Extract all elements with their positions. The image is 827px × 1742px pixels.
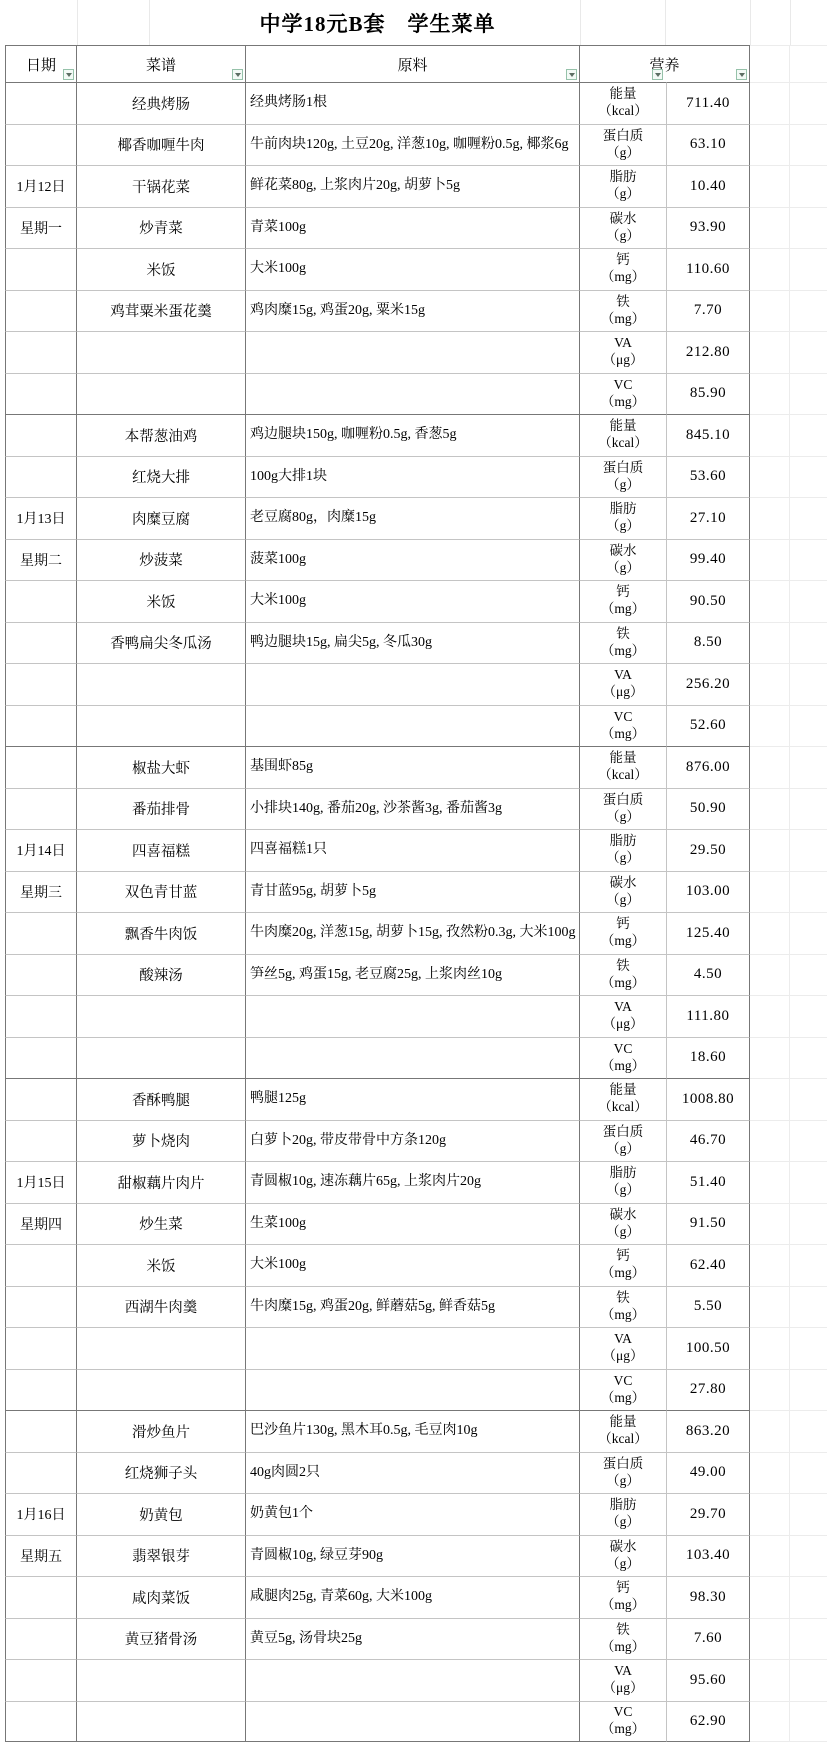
date-cell[interactable]	[5, 912, 77, 954]
date-cell[interactable]: 星期一	[5, 207, 77, 249]
dish-name-cell[interactable]	[77, 373, 246, 415]
empty-cell[interactable]	[790, 1120, 827, 1162]
nutrient-label-cell[interactable]: 铁（mg）	[580, 954, 667, 996]
empty-cell[interactable]	[750, 456, 790, 498]
empty-cell[interactable]	[750, 829, 790, 871]
nutrient-value-cell[interactable]: 5.50	[667, 1286, 750, 1328]
date-cell[interactable]	[5, 82, 77, 124]
gridline	[790, 0, 791, 45]
empty-cell[interactable]	[750, 1286, 790, 1328]
date-cell[interactable]	[5, 414, 77, 456]
dish-name-cell[interactable]: 甜椒藕片肉片	[77, 1161, 246, 1203]
empty-cell[interactable]	[750, 165, 790, 207]
dish-name-cell[interactable]: 肉糜豆腐	[77, 497, 246, 539]
nutrient-label-cell[interactable]: VC（mg）	[580, 705, 667, 747]
empty-cell[interactable]	[750, 871, 790, 913]
ingredients-cell[interactable]: 小排块140g, 番茄20g, 沙茶酱3g, 番茄酱3g	[246, 788, 580, 830]
nutrient-label-cell[interactable]: 钙（mg）	[580, 1244, 667, 1286]
ingredients-cell[interactable]: 咸腿肉25g, 青菜60g, 大米100g	[246, 1576, 580, 1618]
nutrient-value-cell[interactable]: 711.40	[667, 82, 750, 124]
ingredients-cell[interactable]: 老豆腐80g，肉糜15g	[246, 497, 580, 539]
empty-cell[interactable]	[790, 1535, 827, 1577]
dish-name-cell[interactable]: 米饭	[77, 1244, 246, 1286]
nutrient-label-cell[interactable]: 脂肪（g）	[580, 165, 667, 207]
nutrient-label-cell[interactable]: VA（μg）	[580, 995, 667, 1037]
empty-cell[interactable]	[790, 622, 827, 664]
empty-cell[interactable]	[750, 1161, 790, 1203]
nutrient-value-cell[interactable]: 52.60	[667, 705, 750, 747]
dish-name-cell[interactable]	[77, 1659, 246, 1701]
ingredients-cell[interactable]: 鸡肉糜15g, 鸡蛋20g, 粟米15g	[246, 290, 580, 332]
date-cell[interactable]	[5, 1120, 77, 1162]
nutrient-name: 钙	[616, 916, 630, 933]
nutrient-value-cell[interactable]: 29.70	[667, 1493, 750, 1535]
nutrient-label-cell[interactable]: VA（μg）	[580, 331, 667, 373]
nutrient-label-cell[interactable]: 能量（kcal）	[580, 82, 667, 124]
nutrient-label-cell[interactable]: 碳水（g）	[580, 871, 667, 913]
filter-dropdown-icon[interactable]	[63, 69, 74, 80]
empty-cell[interactable]	[750, 622, 790, 664]
nutrient-value-cell[interactable]: 63.10	[667, 124, 750, 166]
empty-cell[interactable]	[790, 1327, 827, 1369]
dish-name-cell[interactable]	[77, 331, 246, 373]
nutrient-value-cell[interactable]: 863.20	[667, 1410, 750, 1452]
nutrient-value-cell[interactable]: 212.80	[667, 331, 750, 373]
date-cell[interactable]	[5, 248, 77, 290]
empty-cell[interactable]	[750, 1493, 790, 1535]
nutrient-label-cell[interactable]: 碳水（g）	[580, 1203, 667, 1245]
nutrient-value-cell[interactable]: 100.50	[667, 1327, 750, 1369]
ingredients-cell[interactable]: 白萝卜20g, 带皮带骨中方条120g	[246, 1120, 580, 1162]
nutrient-value-cell[interactable]: 256.20	[667, 663, 750, 705]
date-cell[interactable]: 1月16日	[5, 1493, 77, 1535]
nutrient-label-cell[interactable]: 碳水（g）	[580, 1535, 667, 1577]
empty-cell[interactable]	[790, 829, 827, 871]
date-cell[interactable]: 1月14日	[5, 829, 77, 871]
nutrient-label-cell[interactable]: 铁（mg）	[580, 1618, 667, 1660]
dish-name-cell[interactable]	[77, 1327, 246, 1369]
empty-cell[interactable]	[750, 1576, 790, 1618]
empty-cell[interactable]	[790, 1203, 827, 1245]
nutrient-label-cell[interactable]: VC（mg）	[580, 1369, 667, 1411]
dish-name-cell[interactable]	[77, 705, 246, 747]
nutrient-value-cell[interactable]: 93.90	[667, 207, 750, 249]
empty-cell[interactable]	[750, 788, 790, 830]
date-cell[interactable]	[5, 1244, 77, 1286]
nutrient-unit: （g）	[606, 809, 640, 826]
ingredients-cell[interactable]: 菠菜100g	[246, 539, 580, 581]
nutrient-label-cell[interactable]: 钙（mg）	[580, 912, 667, 954]
ingredients-cell[interactable]: 牛前肉块120g, 土豆20g, 洋葱10g, 咖喱粉0.5g, 椰浆6g	[246, 124, 580, 166]
nutrient-value-cell[interactable]: 29.50	[667, 829, 750, 871]
date-cell[interactable]	[5, 580, 77, 622]
nutrient-value-cell[interactable]: 51.40	[667, 1161, 750, 1203]
nutrient-value-cell[interactable]: 111.80	[667, 995, 750, 1037]
nutrient-value-cell[interactable]: 85.90	[667, 373, 750, 415]
dish-name-cell[interactable]: 香酥鸭腿	[77, 1078, 246, 1120]
dish-name-cell[interactable]: 干锅花菜	[77, 165, 246, 207]
dish-name-cell[interactable]: 椰香咖喱牛肉	[77, 124, 246, 166]
empty-cell[interactable]	[790, 1078, 827, 1120]
nutrient-name: VA	[614, 1331, 632, 1348]
ingredients-cell[interactable]: 奶黄包1个	[246, 1493, 580, 1535]
empty-cell[interactable]	[750, 1659, 790, 1701]
empty-cell[interactable]	[790, 705, 827, 747]
empty-cell[interactable]	[790, 995, 827, 1037]
date-cell[interactable]: 星期五	[5, 1535, 77, 1577]
empty-cell[interactable]	[790, 1286, 827, 1328]
nutrient-label-cell[interactable]: 碳水（g）	[580, 207, 667, 249]
date-cell[interactable]	[5, 1618, 77, 1660]
nutrient-label-cell[interactable]: VC（mg）	[580, 1701, 667, 1742]
ingredients-cell[interactable]	[246, 373, 580, 415]
empty-cell[interactable]	[750, 1701, 790, 1742]
date-cell[interactable]	[5, 705, 77, 747]
dish-name-cell[interactable]: 滑炒鱼片	[77, 1410, 246, 1452]
date-cell[interactable]	[5, 1452, 77, 1494]
nutrient-label-cell[interactable]: 脂肪（g）	[580, 1161, 667, 1203]
ingredients-cell[interactable]	[246, 1037, 580, 1079]
ingredients-cell[interactable]: 牛肉糜15g, 鸡蛋20g, 鲜蘑菇5g, 鲜香菇5g	[246, 1286, 580, 1328]
empty-cell[interactable]	[750, 1535, 790, 1577]
nutrient-label-cell[interactable]: 铁（mg）	[580, 1286, 667, 1328]
nutrient-label-cell[interactable]: 脂肪（g）	[580, 497, 667, 539]
empty-cell[interactable]	[750, 248, 790, 290]
nutrient-label-cell[interactable]: 能量（kcal）	[580, 1410, 667, 1452]
empty-cell[interactable]	[790, 1037, 827, 1079]
empty-cell[interactable]	[790, 497, 827, 539]
nutrient-label-cell[interactable]: 蛋白质（g）	[580, 1120, 667, 1162]
ingredients-cell[interactable]	[246, 705, 580, 747]
ingredients-cell[interactable]	[246, 331, 580, 373]
date-cell[interactable]	[5, 1410, 77, 1452]
dish-name-cell[interactable]: 经典烤肠	[77, 82, 246, 124]
ingredients-cell[interactable]: 青圆椒10g, 绿豆芽90g	[246, 1535, 580, 1577]
nutrient-value-cell[interactable]: 50.90	[667, 788, 750, 830]
nutrient-value-cell[interactable]: 7.60	[667, 1618, 750, 1660]
empty-cell[interactable]	[790, 788, 827, 830]
nutrient-label-cell[interactable]: 脂肪（g）	[580, 829, 667, 871]
nutrient-value-cell[interactable]: 27.80	[667, 1369, 750, 1411]
nutrient-label-cell[interactable]: 能量（kcal）	[580, 1078, 667, 1120]
empty-cell[interactable]	[790, 746, 827, 788]
empty-cell[interactable]	[790, 1576, 827, 1618]
filter-dropdown-icon[interactable]	[232, 69, 243, 80]
empty-cell[interactable]	[750, 1078, 790, 1120]
nutrient-value-cell[interactable]: 103.00	[667, 871, 750, 913]
nutrient-value-cell[interactable]: 1008.80	[667, 1078, 750, 1120]
nutrient-label-cell[interactable]: VC（mg）	[580, 373, 667, 415]
ingredients-cell[interactable]: 100g大排1块	[246, 456, 580, 498]
nutrient-label-cell[interactable]: 能量（kcal）	[580, 414, 667, 456]
dish-name-cell[interactable]: 四喜福糕	[77, 829, 246, 871]
dish-name-cell[interactable]	[77, 1037, 246, 1079]
ingredients-cell[interactable]: 笋丝5g, 鸡蛋15g, 老豆腐25g, 上浆肉丝10g	[246, 954, 580, 996]
nutrient-value-cell[interactable]: 876.00	[667, 746, 750, 788]
date-cell[interactable]	[5, 456, 77, 498]
filter-dropdown-icon[interactable]	[736, 69, 747, 80]
empty-cell[interactable]	[750, 995, 790, 1037]
date-cell[interactable]: 1月13日	[5, 497, 77, 539]
empty-cell[interactable]	[790, 954, 827, 996]
empty-cell[interactable]	[790, 124, 827, 166]
dish-name-cell[interactable]: 奶黄包	[77, 1493, 246, 1535]
nutrient-value-cell[interactable]: 10.40	[667, 165, 750, 207]
dish-name-cell[interactable]: 本帮葱油鸡	[77, 414, 246, 456]
date-cell[interactable]	[5, 1659, 77, 1701]
empty-cell[interactable]	[790, 1452, 827, 1494]
ingredients-cell[interactable]: 生菜100g	[246, 1203, 580, 1245]
empty-cell[interactable]	[790, 1618, 827, 1660]
empty-cell[interactable]	[790, 82, 827, 124]
ingredients-cell[interactable]: 牛肉糜20g, 洋葱15g, 胡萝卜15g, 孜然粉0.3g, 大米100g	[246, 912, 580, 954]
date-cell[interactable]	[5, 1576, 77, 1618]
nutrient-label-cell[interactable]: 脂肪（g）	[580, 1493, 667, 1535]
empty-cell[interactable]	[750, 373, 790, 415]
date-cell[interactable]	[5, 663, 77, 705]
empty-cell[interactable]	[790, 539, 827, 581]
ingredients-cell[interactable]: 40g肉圆2只	[246, 1452, 580, 1494]
date-cell[interactable]	[5, 1369, 77, 1411]
column-header-date[interactable]: 日期	[5, 45, 77, 82]
empty-cell[interactable]	[750, 414, 790, 456]
dish-name-cell[interactable]: 酸辣汤	[77, 954, 246, 996]
empty-cell[interactable]	[750, 954, 790, 996]
dish-name-cell[interactable]: 炒青菜	[77, 207, 246, 249]
empty-cell[interactable]	[790, 45, 827, 82]
empty-cell[interactable]	[790, 912, 827, 954]
dish-name-cell[interactable]: 黄豆猪骨汤	[77, 1618, 246, 1660]
nutrient-label-cell[interactable]: 碳水（g）	[580, 539, 667, 581]
date-cell[interactable]: 1月15日	[5, 1161, 77, 1203]
empty-cell[interactable]	[790, 373, 827, 415]
nutrient-value-cell[interactable]: 49.00	[667, 1452, 750, 1494]
dish-name-cell[interactable]	[77, 663, 246, 705]
empty-cell[interactable]	[750, 1120, 790, 1162]
empty-cell[interactable]	[790, 1493, 827, 1535]
empty-cell[interactable]	[790, 1244, 827, 1286]
empty-cell[interactable]	[750, 912, 790, 954]
ingredients-cell[interactable]	[246, 1369, 580, 1411]
empty-cell[interactable]	[750, 1369, 790, 1411]
ingredients-cell[interactable]	[246, 995, 580, 1037]
nutrient-label-cell[interactable]: VA（μg）	[580, 663, 667, 705]
empty-cell[interactable]	[790, 290, 827, 332]
empty-cell[interactable]	[750, 207, 790, 249]
filter-dropdown-icon[interactable]	[652, 69, 663, 80]
dish-name-cell[interactable]: 香鸭扁尖冬瓜汤	[77, 622, 246, 664]
date-cell[interactable]	[5, 622, 77, 664]
date-cell[interactable]	[5, 1701, 77, 1742]
nutrient-value-cell[interactable]: 95.60	[667, 1659, 750, 1701]
nutrient-value-cell[interactable]: 845.10	[667, 414, 750, 456]
ingredients-cell[interactable]: 经典烤肠1根	[246, 82, 580, 124]
empty-cell[interactable]	[790, 331, 827, 373]
ingredients-cell[interactable]: 大米100g	[246, 1244, 580, 1286]
nutrient-name: VC	[614, 709, 633, 726]
nutrient-unit: （mg）	[601, 975, 645, 992]
ingredients-cell[interactable]: 青菜100g	[246, 207, 580, 249]
nutrient-value-cell[interactable]: 62.90	[667, 1701, 750, 1742]
dish-name-cell[interactable]: 米饭	[77, 580, 246, 622]
dish-name-cell[interactable]: 西湖牛肉羹	[77, 1286, 246, 1328]
empty-cell[interactable]	[790, 207, 827, 249]
empty-cell[interactable]	[790, 165, 827, 207]
empty-cell[interactable]	[750, 1244, 790, 1286]
ingredients-cell[interactable]: 鸭腿125g	[246, 1078, 580, 1120]
nutrient-value-cell[interactable]: 103.40	[667, 1535, 750, 1577]
ingredients-cell[interactable]: 大米100g	[246, 248, 580, 290]
empty-cell[interactable]	[750, 539, 790, 581]
ingredients-cell[interactable]: 鲜花菜80g, 上浆肉片20g, 胡萝卜5g	[246, 165, 580, 207]
empty-cell[interactable]	[750, 1203, 790, 1245]
empty-cell[interactable]	[790, 1701, 827, 1742]
ingredients-cell[interactable]: 大米100g	[246, 580, 580, 622]
date-cell[interactable]	[5, 954, 77, 996]
empty-cell[interactable]	[790, 663, 827, 705]
nutrient-value-cell[interactable]: 46.70	[667, 1120, 750, 1162]
dish-name-cell[interactable]: 红烧大排	[77, 456, 246, 498]
nutrient-value-cell[interactable]: 7.70	[667, 290, 750, 332]
nutrient-value-cell[interactable]: 91.50	[667, 1203, 750, 1245]
nutrient-value-cell[interactable]: 8.50	[667, 622, 750, 664]
dish-name-cell[interactable]	[77, 1369, 246, 1411]
nutrient-name: 蛋白质	[603, 460, 644, 477]
nutrient-value-cell[interactable]: 4.50	[667, 954, 750, 996]
dish-name-cell[interactable]: 炒菠菜	[77, 539, 246, 581]
nutrient-label-cell[interactable]: 能量（kcal）	[580, 746, 667, 788]
date-cell[interactable]	[5, 746, 77, 788]
dish-name-cell[interactable]	[77, 1701, 246, 1742]
empty-cell[interactable]	[790, 871, 827, 913]
empty-cell[interactable]	[790, 580, 827, 622]
ingredients-cell[interactable]: 鸡边腿块150g, 咖喱粉0.5g, 香葱5g	[246, 414, 580, 456]
empty-cell[interactable]	[750, 663, 790, 705]
empty-cell[interactable]	[790, 248, 827, 290]
date-cell[interactable]	[5, 1286, 77, 1328]
ingredients-cell[interactable]: 基围虾85g	[246, 746, 580, 788]
nutrient-label-cell[interactable]: VA（μg）	[580, 1659, 667, 1701]
empty-cell[interactable]	[750, 1410, 790, 1452]
empty-cell[interactable]	[750, 290, 790, 332]
date-cell[interactable]: 1月12日	[5, 165, 77, 207]
nutrient-label-cell[interactable]: 蛋白质（g）	[580, 456, 667, 498]
nutrient-value-cell[interactable]: 98.30	[667, 1576, 750, 1618]
date-cell[interactable]	[5, 1327, 77, 1369]
ingredients-cell[interactable]: 巴沙鱼片130g, 黑木耳0.5g, 毛豆肉10g	[246, 1410, 580, 1452]
column-header-nutrition[interactable]: 营养	[580, 45, 750, 82]
ingredients-cell[interactable]: 四喜福糕1只	[246, 829, 580, 871]
empty-cell[interactable]	[790, 1659, 827, 1701]
nutrient-value-cell[interactable]: 18.60	[667, 1037, 750, 1079]
empty-cell[interactable]	[750, 331, 790, 373]
empty-cell[interactable]	[750, 1327, 790, 1369]
dish-name-cell[interactable]: 米饭	[77, 248, 246, 290]
dish-name-cell[interactable]: 番茄排骨	[77, 788, 246, 830]
date-cell[interactable]: 星期二	[5, 539, 77, 581]
ingredients-cell[interactable]	[246, 1701, 580, 1742]
ingredients-cell[interactable]: 黄豆5g, 汤骨块25g	[246, 1618, 580, 1660]
ingredients-cell[interactable]: 青圆椒10g, 速冻藕片65g, 上浆肉片20g	[246, 1161, 580, 1203]
dish-name-cell[interactable]: 翡翠银芽	[77, 1535, 246, 1577]
empty-cell[interactable]	[750, 705, 790, 747]
date-cell[interactable]	[5, 788, 77, 830]
ingredients-cell[interactable]	[246, 1327, 580, 1369]
nutrient-value-cell[interactable]: 27.10	[667, 497, 750, 539]
empty-cell[interactable]	[750, 1037, 790, 1079]
date-cell[interactable]	[5, 373, 77, 415]
nutrient-label-cell[interactable]: VA（μg）	[580, 1327, 667, 1369]
dish-name-cell[interactable]: 鸡茸粟米蛋花羹	[77, 290, 246, 332]
ingredients-cell[interactable]: 鸭边腿块15g, 扁尖5g, 冬瓜30g	[246, 622, 580, 664]
filter-dropdown-icon[interactable]	[566, 69, 577, 80]
nutrient-label-cell[interactable]: 铁（mg）	[580, 622, 667, 664]
date-cell[interactable]	[5, 290, 77, 332]
nutrient-value-cell[interactable]: 53.60	[667, 456, 750, 498]
empty-cell[interactable]	[750, 124, 790, 166]
date-cell[interactable]: 星期四	[5, 1203, 77, 1245]
dish-name-cell[interactable]: 萝卜烧肉	[77, 1120, 246, 1162]
nutrient-label-cell[interactable]: 钙（mg）	[580, 1576, 667, 1618]
date-cell[interactable]	[5, 124, 77, 166]
empty-cell[interactable]	[790, 414, 827, 456]
nutrient-value-cell[interactable]: 62.40	[667, 1244, 750, 1286]
ingredients-cell[interactable]	[246, 1659, 580, 1701]
nutrient-label-cell[interactable]: 蛋白质（g）	[580, 788, 667, 830]
empty-cell[interactable]	[750, 580, 790, 622]
nutrient-value-cell[interactable]: 125.40	[667, 912, 750, 954]
empty-cell[interactable]	[790, 1369, 827, 1411]
date-cell[interactable]	[5, 331, 77, 373]
dish-name-cell[interactable]: 红烧狮子头	[77, 1452, 246, 1494]
nutrient-label-cell[interactable]: 铁（mg）	[580, 290, 667, 332]
ingredients-cell[interactable]	[246, 663, 580, 705]
nutrient-label-cell[interactable]: VC（mg）	[580, 1037, 667, 1079]
ingredients-cell[interactable]: 青甘蓝95g, 胡萝卜5g	[246, 871, 580, 913]
dish-name-cell[interactable]: 炒生菜	[77, 1203, 246, 1245]
empty-cell[interactable]	[790, 1161, 827, 1203]
dish-name-cell[interactable]: 咸肉菜饭	[77, 1576, 246, 1618]
nutrient-value-cell[interactable]: 90.50	[667, 580, 750, 622]
dish-name-cell[interactable]: 椒盐大虾	[77, 746, 246, 788]
empty-cell[interactable]	[750, 82, 790, 124]
empty-cell[interactable]	[750, 497, 790, 539]
nutrient-label-cell[interactable]: 蛋白质（g）	[580, 1452, 667, 1494]
nutrient-name: 钙	[616, 252, 630, 269]
date-cell[interactable]	[5, 995, 77, 1037]
date-cell[interactable]: 星期三	[5, 871, 77, 913]
empty-cell[interactable]	[750, 1618, 790, 1660]
column-header-dishes[interactable]: 菜谱	[77, 45, 246, 82]
nutrient-label-cell[interactable]: 钙（mg）	[580, 580, 667, 622]
nutrient-label-cell[interactable]: 钙（mg）	[580, 248, 667, 290]
empty-cell[interactable]	[750, 746, 790, 788]
nutrient-value-cell[interactable]: 99.40	[667, 539, 750, 581]
date-cell[interactable]	[5, 1078, 77, 1120]
dish-name-cell[interactable]: 双色青甘蓝	[77, 871, 246, 913]
empty-cell[interactable]	[790, 1410, 827, 1452]
nutrient-label-cell[interactable]: 蛋白质（g）	[580, 124, 667, 166]
date-cell[interactable]	[5, 1037, 77, 1079]
empty-cell[interactable]	[790, 456, 827, 498]
empty-cell[interactable]	[750, 45, 790, 82]
dish-name-cell[interactable]: 飘香牛肉饭	[77, 912, 246, 954]
column-header-ingredients[interactable]: 原料	[246, 45, 580, 82]
dish-name-cell[interactable]	[77, 995, 246, 1037]
empty-cell[interactable]	[750, 1452, 790, 1494]
nutrient-value-cell[interactable]: 110.60	[667, 248, 750, 290]
nutrient-unit: （g）	[606, 518, 640, 535]
